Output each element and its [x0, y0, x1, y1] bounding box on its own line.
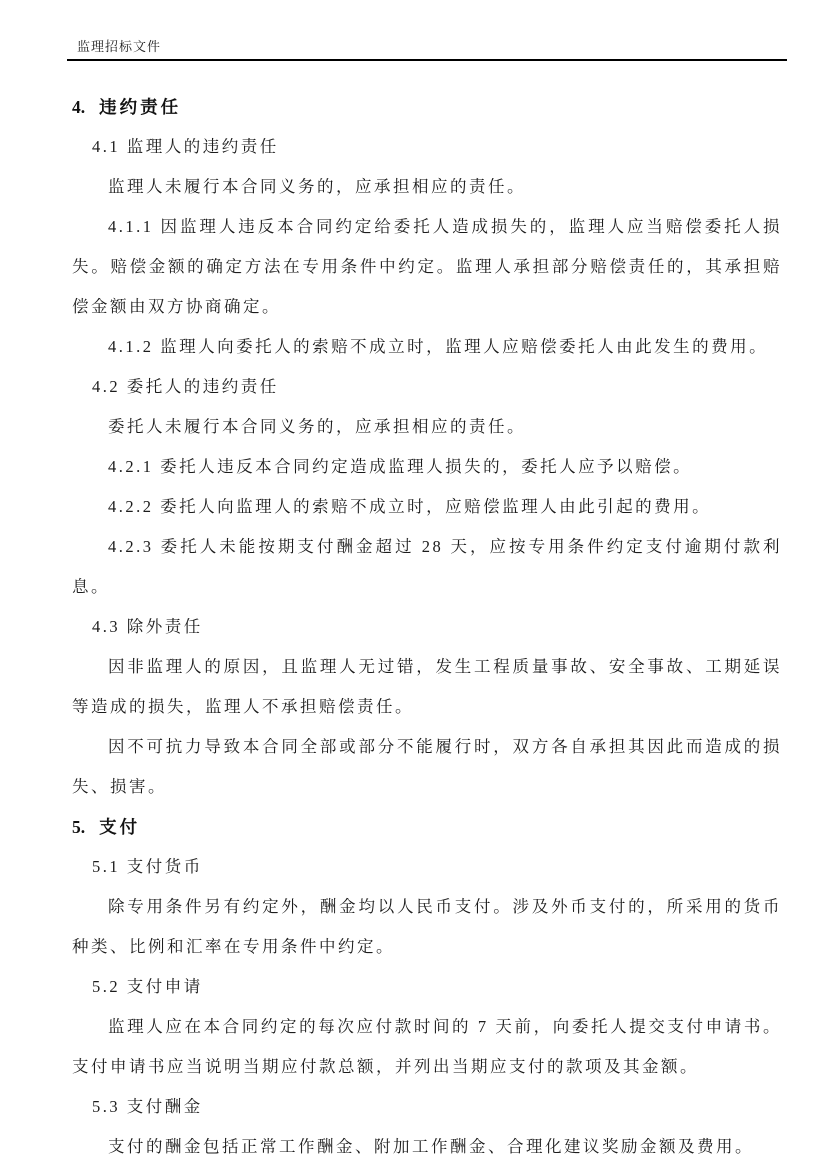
clause-paragraph: 4.1.2 监理人向委托人的索赔不成立时，监理人应赔偿委托人由此发生的费用。 — [72, 327, 782, 367]
clause-paragraph: 支付的酬金包括正常工作酬金、附加工作酬金、合理化建议奖励金额及费用。 — [72, 1127, 782, 1167]
clause-paragraph: 因非监理人的原因，且监理人无过错，发生工程质量事故、安全事故、工期延误等造成的损… — [72, 647, 782, 727]
clause-paragraph: 除专用条件另有约定外，酬金均以人民币支付。涉及外币支付的，所采用的货币种类、比例… — [72, 887, 782, 967]
clause-paragraph: 4.2.1 委托人违反本合同约定造成监理人损失的，委托人应予以赔偿。 — [72, 447, 782, 487]
clause-paragraph: 监理人应在本合同约定的每次应付款时间的 7 天前，向委托人提交支付申请书。支付申… — [72, 1007, 782, 1087]
clause-paragraph: 4.1.1 因监理人违反本合同约定给委托人造成损失的，监理人应当赔偿委托人损失。… — [72, 207, 782, 327]
page-header-label: 监理招标文件 — [77, 39, 161, 54]
section-number: 5. — [72, 817, 85, 837]
clause-paragraph: 委托人未履行本合同义务的，应承担相应的责任。 — [72, 407, 782, 447]
section-number: 4. — [72, 97, 85, 117]
section-heading: 4.违约责任 — [72, 87, 782, 127]
section-title: 支付 — [99, 817, 140, 837]
clause-heading: 5.1 支付货币 — [72, 847, 782, 887]
clause-heading: 5.3 支付酬金 — [72, 1087, 782, 1127]
section-title: 违约责任 — [99, 97, 181, 117]
clause-heading: 4.3 除外责任 — [72, 607, 782, 647]
document-body: 4.违约责任 4.1 监理人的违约责任 监理人未履行本合同义务的，应承担相应的责… — [72, 87, 782, 1167]
clause-paragraph: 4.2.2 委托人向监理人的索赔不成立时，应赔偿监理人由此引起的费用。 — [72, 487, 782, 527]
clause-paragraph: 因不可抗力导致本合同全部或部分不能履行时，双方各自承担其因此而造成的损失、损害。 — [72, 727, 782, 807]
clause-heading: 4.2 委托人的违约责任 — [72, 367, 782, 407]
page-header: 监理招标文件 — [67, 36, 787, 61]
clause-heading: 5.2 支付申请 — [72, 967, 782, 1007]
section-heading: 5.支付 — [72, 807, 782, 847]
document-page: 监理招标文件 4.违约责任 4.1 监理人的违约责任 监理人未履行本合同义务的，… — [0, 0, 827, 1169]
clause-paragraph: 监理人未履行本合同义务的，应承担相应的责任。 — [72, 167, 782, 207]
clause-paragraph: 4.2.3 委托人未能按期支付酬金超过 28 天，应按专用条件约定支付逾期付款利… — [72, 527, 782, 607]
clause-heading: 4.1 监理人的违约责任 — [72, 127, 782, 167]
